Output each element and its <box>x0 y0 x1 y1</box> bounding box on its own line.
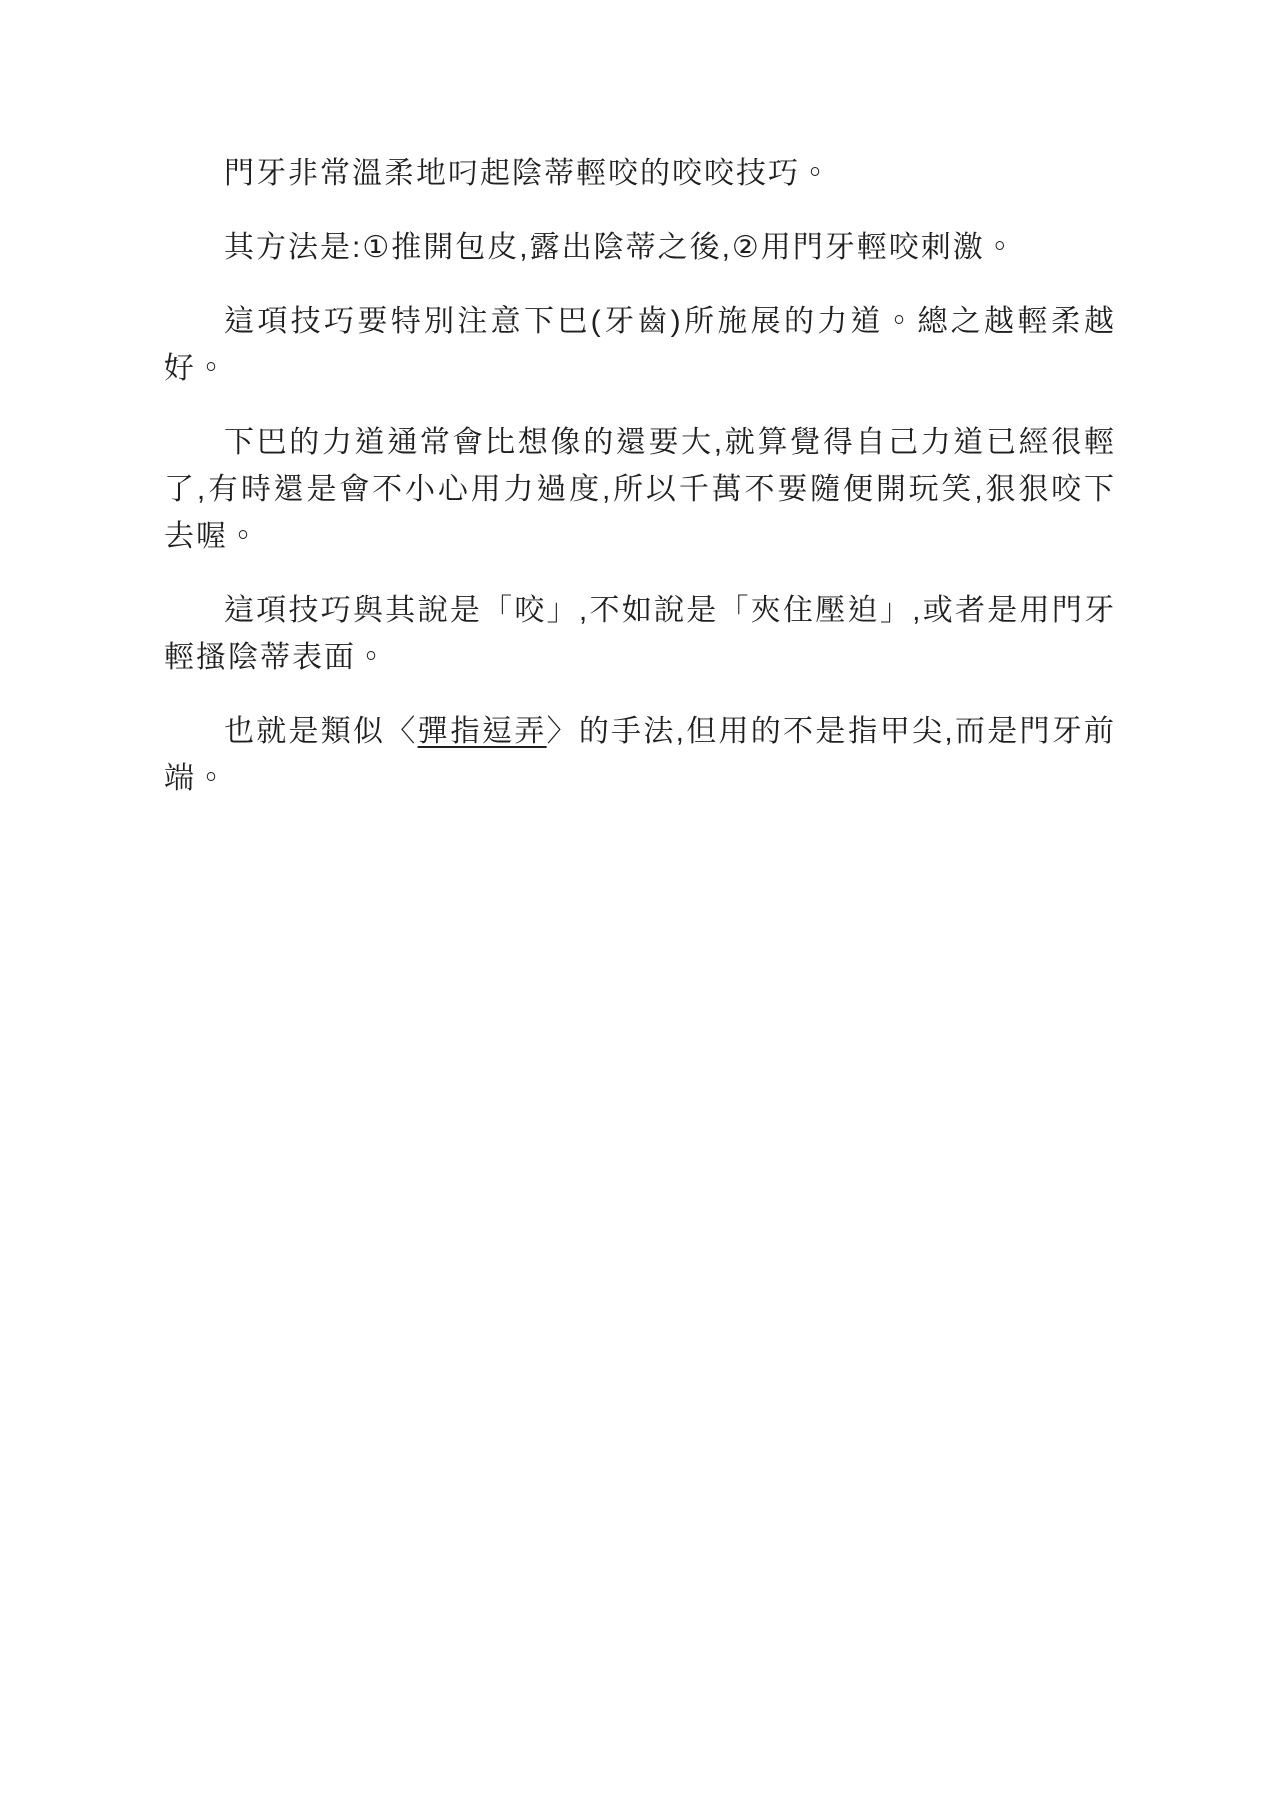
paragraph-method: 其方法是:①推開包皮,露出陰蒂之後,②用門牙輕咬刺激。 <box>164 224 1116 271</box>
paragraph-jaw-strength-warning: 下巴的力道通常會比想像的還要大,就算覺得自己力道已經很輕了,有時還是會不小心用力… <box>164 419 1116 560</box>
paragraph-pinch-description: 這項技巧與其說是「咬」,不如說是「夾住壓迫」,或者是用門牙輕搔陰蒂表面。 <box>164 587 1116 681</box>
paragraph-intro: 門牙非常溫柔地叼起陰蒂輕咬的咬咬技巧。 <box>164 150 1116 197</box>
paragraph-caution-force: 這項技巧要特別注意下巴(牙齒)所施展的力道。總之越輕柔越好。 <box>164 298 1116 392</box>
paragraph-text-before-link: 也就是類似〈 <box>224 715 418 748</box>
document-page: 門牙非常溫柔地叼起陰蒂輕咬的咬咬技巧。 其方法是:①推開包皮,露出陰蒂之後,②用… <box>164 0 1116 802</box>
paragraph-similar-technique: 也就是類似〈彈指逗弄〉的手法,但用的不是指甲尖,而是門牙前端。 <box>164 708 1116 802</box>
finger-flick-teasing-link[interactable]: 彈指逗弄 <box>418 715 547 748</box>
